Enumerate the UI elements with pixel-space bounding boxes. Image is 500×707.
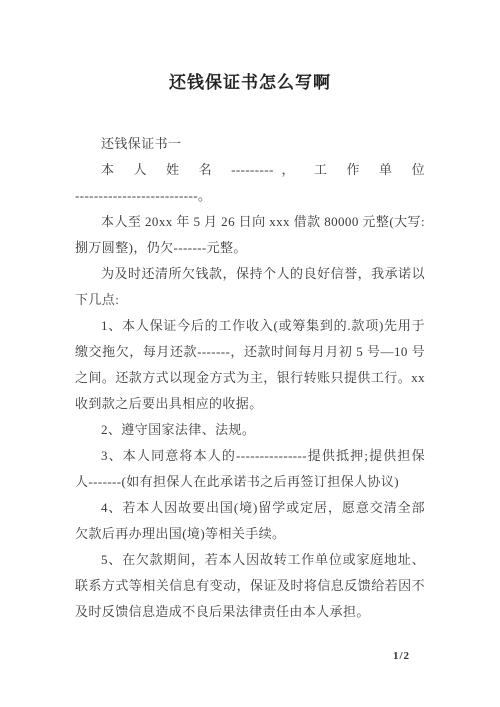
paragraph-item-2: 2、遵守国家法律、法规。 xyxy=(75,417,425,443)
paragraph-subtitle: 还钱保证书一 xyxy=(75,131,425,157)
document-body: 还钱保证书一 本 人 姓 名 ---------， 工 作 单 位 ------… xyxy=(75,131,425,625)
paragraph-promise-intro: 为及时还清所欠钱款，保持个人的良好信誉，我承诺以下几点: xyxy=(75,261,425,313)
paragraph-name-workunit-line: 本 人 姓 名 ---------， 工 作 单 位 xyxy=(75,157,425,183)
paragraph-item-4: 4、若本人因故要出国(境)留学或定居，愿意交清全部欠款后再办理出国(境)等相关手… xyxy=(75,495,425,547)
document-page: 还钱保证书怎么写啊 还钱保证书一 本 人 姓 名 ---------， 工 作 … xyxy=(0,0,500,707)
page-title: 还钱保证书怎么写啊 xyxy=(0,68,500,93)
paragraph-loan-amount: 本人至 20xx 年 5 月 26 日向 xxx 借款 80000 元整(大写:… xyxy=(75,209,425,261)
paragraph-item-1: 1、本人保证今后的工作收入(或筹集到的.款项)先用于缴交拖欠，每月还款-----… xyxy=(75,313,425,417)
paragraph-item-5: 5、在欠款期间，若本人因故转工作单位或家庭地址、联系方式等相关信息有变动，保证及… xyxy=(75,547,425,625)
paragraph-item-3: 3、本人同意将本人的---------------提供抵押;提供担保人-----… xyxy=(75,443,425,495)
paragraph-blank-fill-line: --------------------------。 xyxy=(75,183,425,209)
page-number: 1/2 xyxy=(393,650,410,662)
